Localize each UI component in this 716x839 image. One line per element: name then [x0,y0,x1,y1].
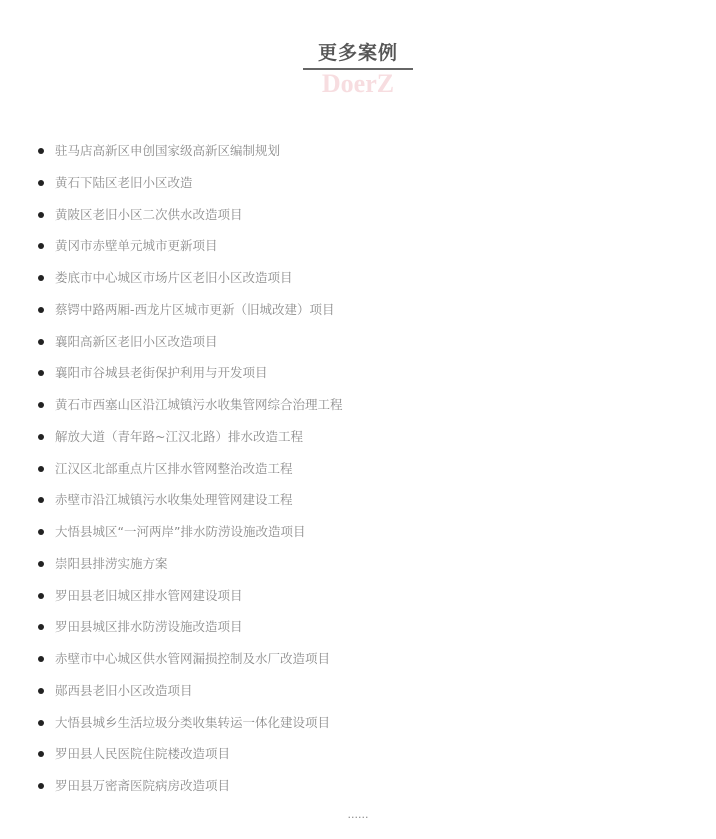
bullet-icon [38,688,44,694]
list-item: 大悟县城区“一河两岸”排水防涝设施改造项目 [38,516,343,548]
case-label: 郧西县老旧小区改造项目 [55,683,193,698]
bullet-icon [38,497,44,503]
section-header: 更多案例 DoerZ [0,40,716,98]
case-label: 黄石市西塞山区沿江城镇污水收集管网综合治理工程 [55,397,343,412]
bullet-icon [38,529,44,535]
case-label: 娄底市中心城区市场片区老旧小区改造项目 [55,270,293,285]
case-label: 黄石下陆区老旧小区改造 [55,175,193,190]
bullet-icon [38,307,44,313]
list-item: 解放大道（青年路~江汉北路）排水改造工程 [38,421,343,453]
bullet-icon [38,243,44,249]
list-item: 赤壁市中心城区供水管网漏损控制及水厂改造项目 [38,643,343,675]
case-label: 崇阳县排涝实施方案 [55,556,168,571]
case-label: 驻马店高新区申创国家级高新区编制规划 [55,143,280,158]
list-item: 崇阳县排涝实施方案 [38,548,343,580]
bullet-icon [38,180,44,186]
case-label: 大悟县城区“一河两岸”排水防涝设施改造项目 [55,524,305,539]
case-label: 襄阳市谷城县老街保护利用与开发项目 [55,365,268,380]
list-item: 黄石下陆区老旧小区改造 [38,167,343,199]
bullet-icon [38,339,44,345]
brand-watermark: DoerZ [0,70,716,98]
case-label: 赤壁市中心城区供水管网漏损控制及水厂改造项目 [55,651,330,666]
section-title: 更多案例 [0,40,716,66]
bullet-icon [38,783,44,789]
case-label: 解放大道（青年路~江汉北路）排水改造工程 [55,429,303,444]
list-item: 罗田县老旧城区排水管网建设项目 [38,580,343,612]
bullet-icon [38,593,44,599]
list-item: 娄底市中心城区市场片区老旧小区改造项目 [38,262,343,294]
bullet-icon [38,275,44,281]
bullet-icon [38,148,44,154]
bullet-icon [38,402,44,408]
case-label: 蔡锷中路两厢-西龙片区城市更新（旧城改建）项目 [55,302,335,317]
bullet-icon [38,466,44,472]
list-item: 黄陂区老旧小区二次供水改造项目 [38,199,343,231]
bullet-icon [38,624,44,630]
case-label: 罗田县万密斋医院病房改造项目 [55,778,230,793]
case-label: 黄冈市赤壁单元城市更新项目 [55,238,218,253]
bullet-icon [38,561,44,567]
list-item: 黄冈市赤壁单元城市更新项目 [38,230,343,262]
case-label: 江汉区北部重点片区排水管网整治改造工程 [55,461,293,476]
case-list: 驻马店高新区申创国家级高新区编制规划 黄石下陆区老旧小区改造 黄陂区老旧小区二次… [38,135,343,802]
list-item: 罗田县城区排水防涝设施改造项目 [38,611,343,643]
list-item: 襄阳高新区老旧小区改造项目 [38,326,343,358]
list-item: 罗田县人民医院住院楼改造项目 [38,738,343,770]
list-item: 黄石市西塞山区沿江城镇污水收集管网综合治理工程 [38,389,343,421]
bullet-icon [38,434,44,440]
list-item: 蔡锷中路两厢-西龙片区城市更新（旧城改建）项目 [38,294,343,326]
case-label: 赤壁市沿江城镇污水收集处理管网建设工程 [55,492,293,507]
list-item: 江汉区北部重点片区排水管网整治改造工程 [38,453,343,485]
case-label: 罗田县城区排水防涝设施改造项目 [55,619,243,634]
list-item: 襄阳市谷城县老街保护利用与开发项目 [38,357,343,389]
more-ellipsis: ...... [0,808,716,821]
list-item: 赤壁市沿江城镇污水收集处理管网建设工程 [38,484,343,516]
bullet-icon [38,656,44,662]
list-item: 大悟县城乡生活垃圾分类收集转运一体化建设项目 [38,707,343,739]
list-item: 郧西县老旧小区改造项目 [38,675,343,707]
bullet-icon [38,751,44,757]
case-label: 罗田县人民医院住院楼改造项目 [55,746,230,761]
list-item: 驻马店高新区申创国家级高新区编制规划 [38,135,343,167]
bullet-icon [38,720,44,726]
case-label: 襄阳高新区老旧小区改造项目 [55,334,218,349]
case-label: 罗田县老旧城区排水管网建设项目 [55,588,243,603]
case-label: 大悟县城乡生活垃圾分类收集转运一体化建设项目 [55,715,330,730]
bullet-icon [38,212,44,218]
bullet-icon [38,370,44,376]
list-item: 罗田县万密斋医院病房改造项目 [38,770,343,802]
case-label: 黄陂区老旧小区二次供水改造项目 [55,207,243,222]
